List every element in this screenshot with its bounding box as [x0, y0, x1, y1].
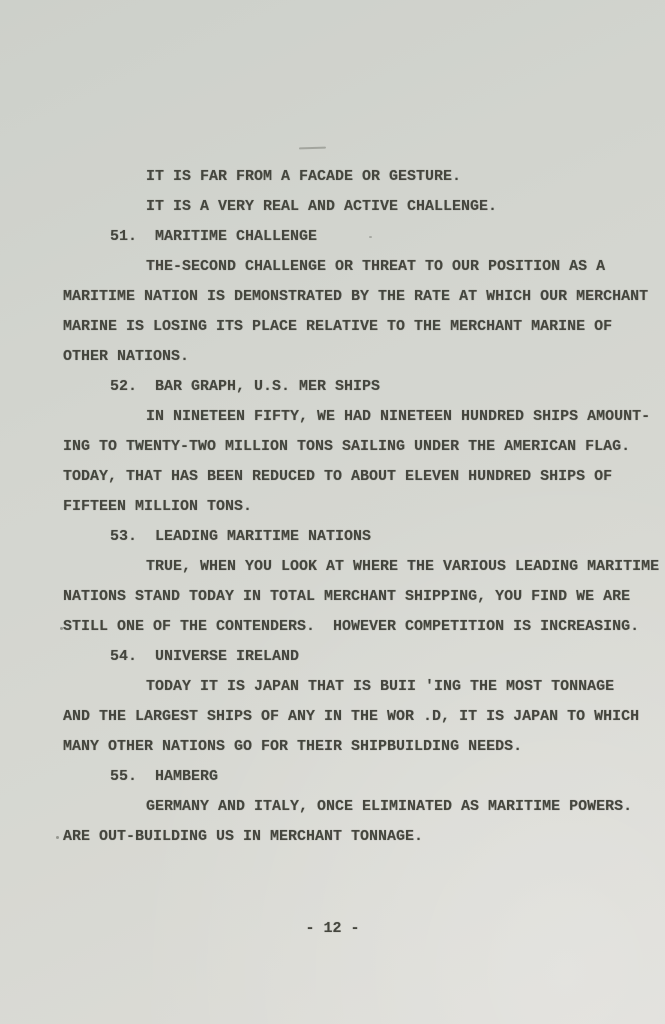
text-line: NATIONS STAND TODAY IN TOTAL MERCHANT SH…	[0, 582, 665, 612]
pencil-dash-mark	[299, 147, 326, 150]
page-number: - 12 -	[0, 914, 665, 944]
document-page: IT IS FAR FROM A FACADE OR GESTURE.IT IS…	[0, 0, 665, 1024]
typewritten-text: IT IS FAR FROM A FACADE OR GESTURE.IT IS…	[0, 162, 665, 852]
text-line: TRUE, WHEN YOU LOOK AT WHERE THE VARIOUS…	[0, 552, 665, 582]
text-line: FIFTEEN MILLION TONS.	[0, 492, 665, 522]
ink-speck	[648, 565, 650, 569]
text-line: IT IS A VERY REAL AND ACTIVE CHALLENGE.	[0, 192, 665, 222]
text-line: IN NINETEEN FIFTY, WE HAD NINETEEN HUNDR…	[0, 402, 665, 432]
ink-speck	[60, 627, 63, 630]
text-line: TODAY, THAT HAS BEEN REDUCED TO ABOUT EL…	[0, 462, 665, 492]
text-line: OTHER NATIONS.	[0, 342, 665, 372]
text-line: STILL ONE OF THE CONTENDERS. HOWEVER COM…	[0, 612, 665, 642]
text-line: GERMANY AND ITALY, ONCE ELIMINATED AS MA…	[0, 792, 665, 822]
section-heading-line: 52. BAR GRAPH, U.S. MER SHIPS	[0, 372, 665, 402]
section-heading-line: 54. UNIVERSE IRELAND	[0, 642, 665, 672]
ink-speck	[56, 836, 59, 839]
section-heading-line: 51. MARITIME CHALLENGE	[0, 222, 665, 252]
text-line: ING TO TWENTY-TWO MILLION TONS SAILING U…	[0, 432, 665, 462]
text-line: THE-SECOND CHALLENGE OR THREAT TO OUR PO…	[0, 252, 665, 282]
section-heading-line: 55. HAMBERG	[0, 762, 665, 792]
text-line: ARE OUT-BUILDING US IN MERCHANT TONNAGE.	[0, 822, 665, 852]
text-line: MANY OTHER NATIONS GO FOR THEIR SHIPBUIL…	[0, 732, 665, 762]
text-line: MARITIME NATION IS DEMONSTRATED BY THE R…	[0, 282, 665, 312]
text-line: IT IS FAR FROM A FACADE OR GESTURE.	[0, 162, 665, 192]
text-line: TODAY IT IS JAPAN THAT IS BUII 'ING THE …	[0, 672, 665, 702]
text-line: AND THE LARGEST SHIPS OF ANY IN THE WOR …	[0, 702, 665, 732]
section-heading-line: 53. LEADING MARITIME NATIONS	[0, 522, 665, 552]
ink-speck	[369, 236, 372, 238]
text-line: MARINE IS LOSING ITS PLACE RELATIVE TO T…	[0, 312, 665, 342]
